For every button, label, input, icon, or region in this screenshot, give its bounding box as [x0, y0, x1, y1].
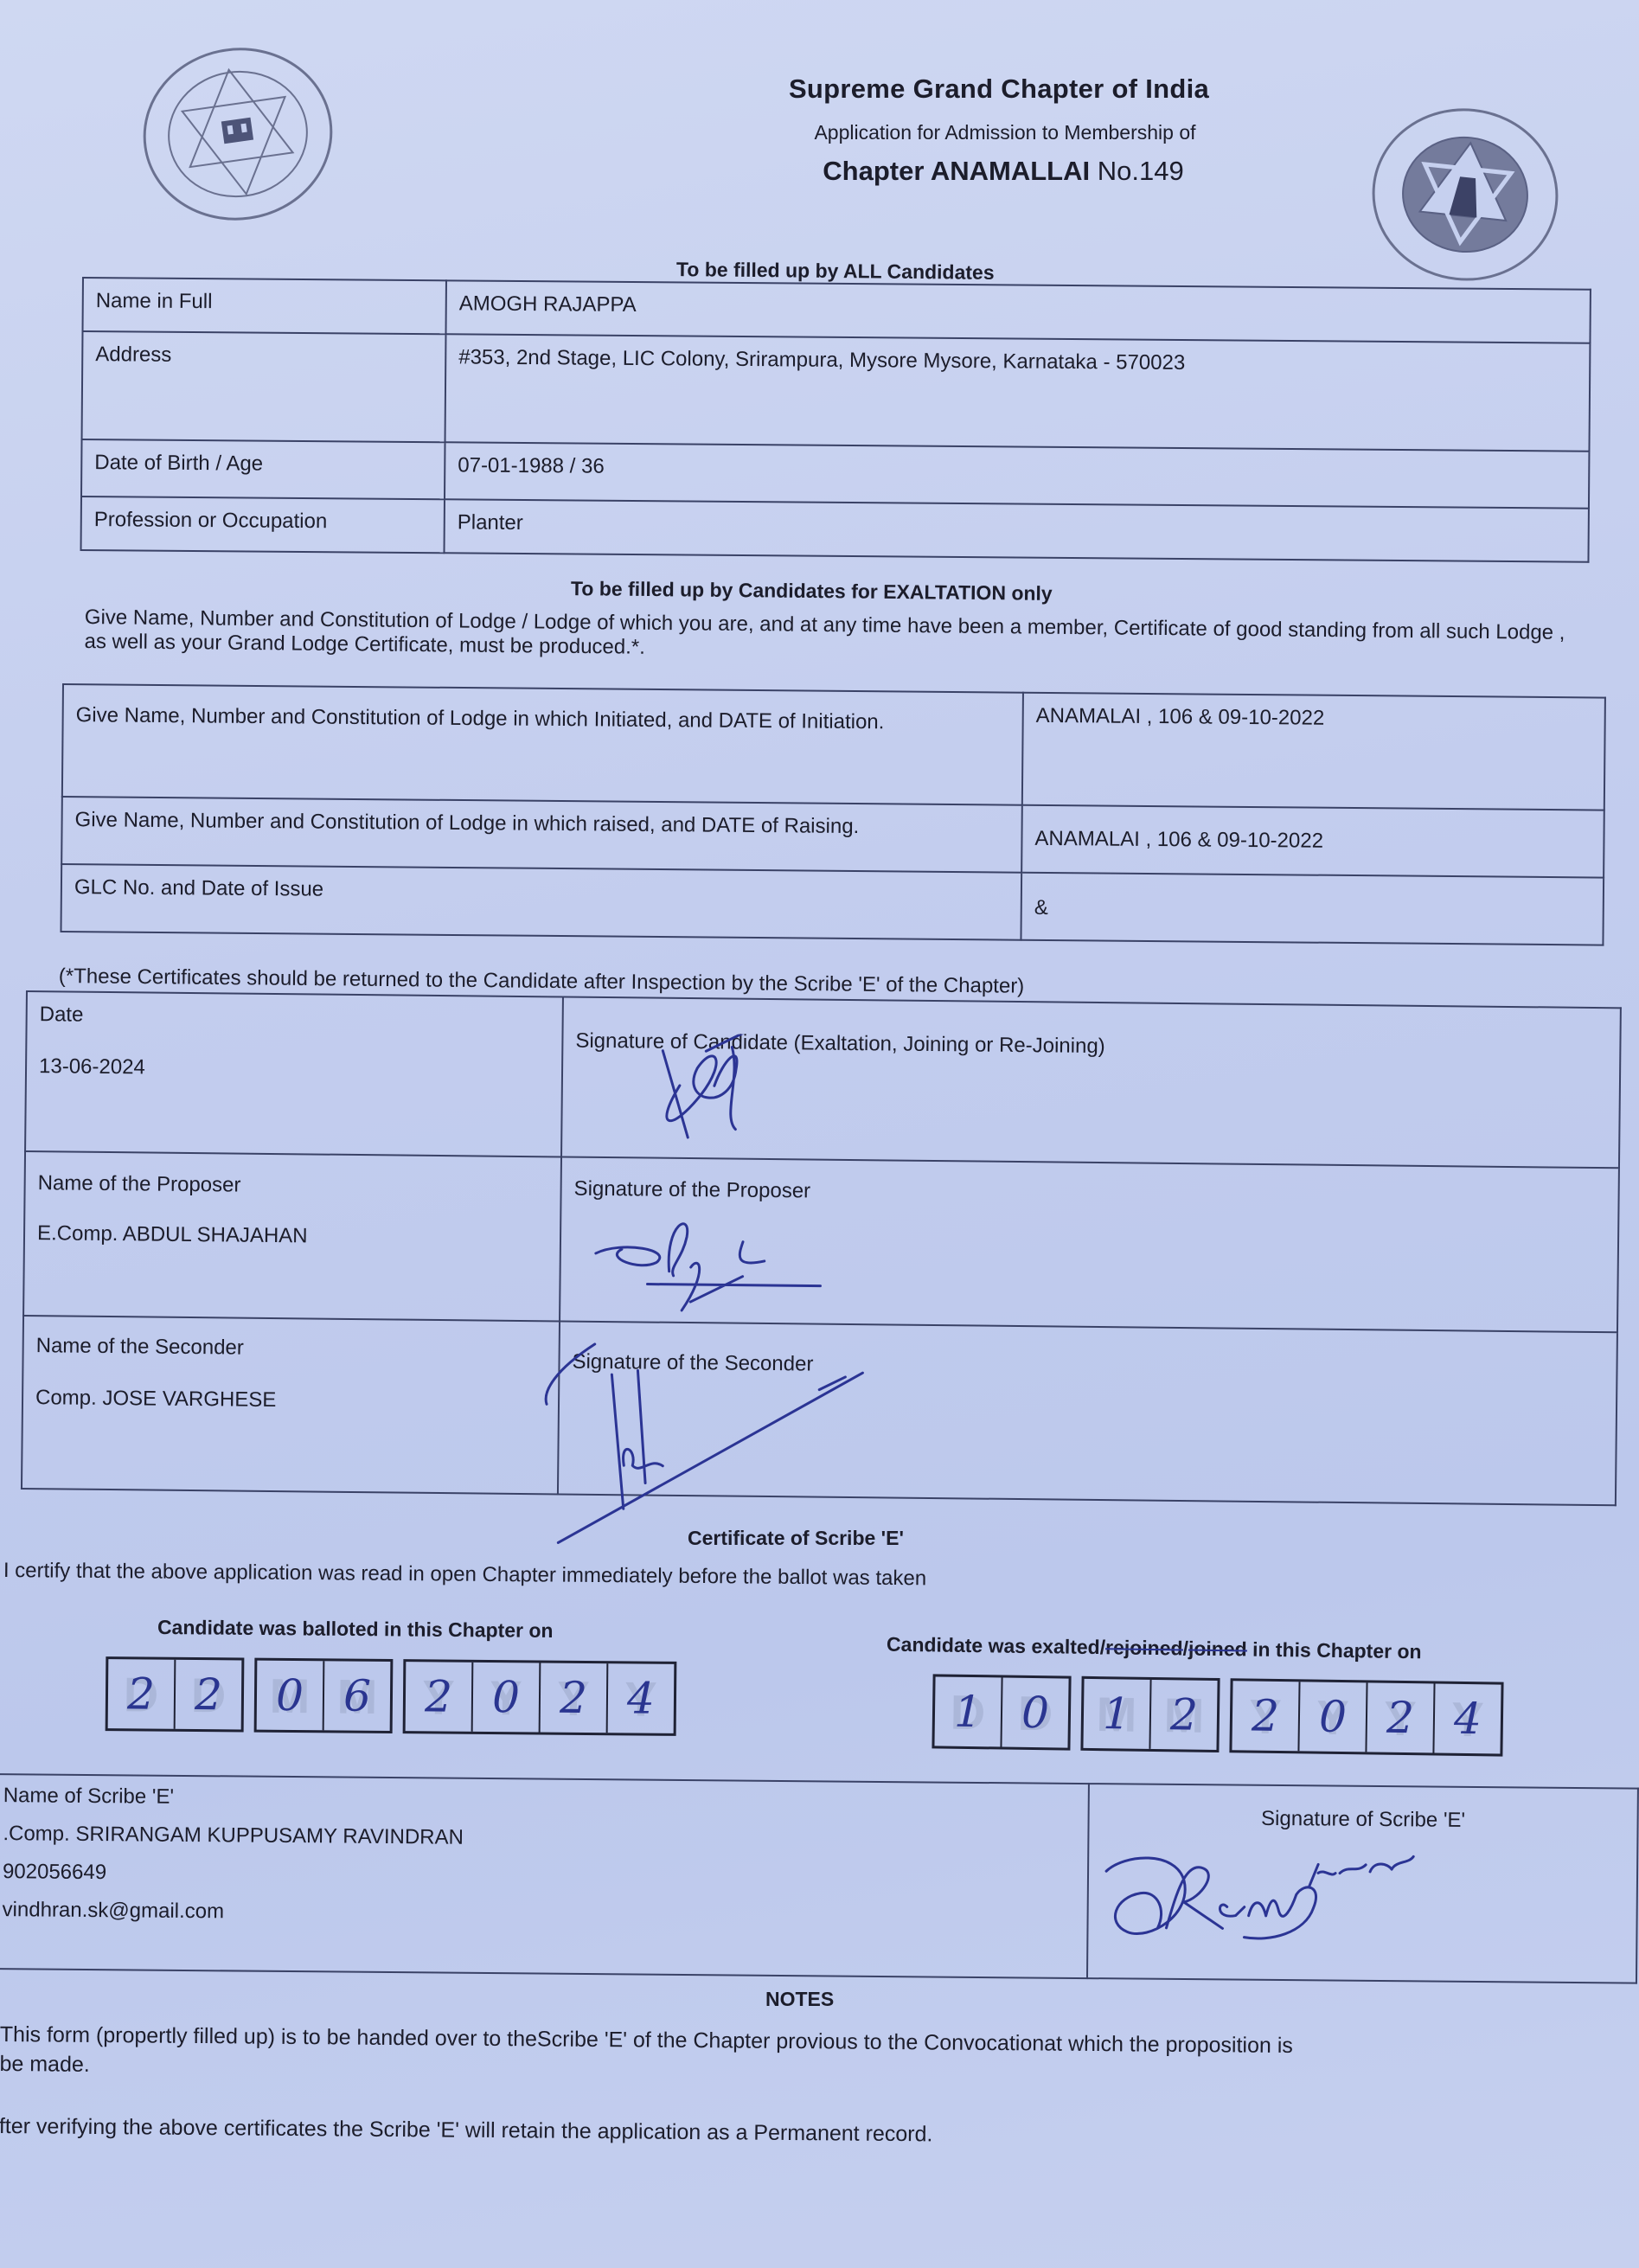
digit: 2 — [1386, 1693, 1415, 1743]
digit: 2 — [1170, 1689, 1199, 1739]
chapter-name: Chapter ANAMALLAI — [823, 156, 1090, 186]
field-label: Profession or Occupation — [81, 497, 445, 553]
seconder-signature-cell[interactable]: Signature of the Seconder — [558, 1321, 1617, 1505]
day-boxes: D2 D2 — [106, 1656, 245, 1732]
chapter-title: Chapter ANAMALLAI No.149 — [701, 156, 1306, 187]
seconder-label: Name of the Seconder — [36, 1334, 547, 1363]
regional-grand-chapter-seal-icon — [1360, 94, 1572, 295]
table-row: Name of Scribe 'E' .Comp. SRIRANGAM KUPP… — [0, 1774, 1638, 1983]
month-boxes: M0 M6 — [254, 1658, 394, 1733]
digit: 2 — [425, 1671, 452, 1721]
proposer-label: Name of the Proposer — [38, 1171, 548, 1201]
all-candidates-heading: To be filled up by ALL Candidates — [676, 258, 995, 285]
application-form: Supreme Grand Chapter of India Applicati… — [0, 0, 1639, 2268]
date-cell: Date 13-06-2024 — [25, 991, 563, 1156]
field-label: Date of Birth / Age — [81, 439, 445, 499]
note-item: fter verifying the above certificates th… — [0, 2111, 1638, 2156]
notes-list: This form (propertly filled up) is to be… — [0, 2020, 1639, 2156]
digit: 0 — [276, 1670, 304, 1720]
digit: 4 — [1454, 1694, 1482, 1744]
chapter-number: No.149 — [1098, 156, 1184, 186]
scribe-details-table: Name of Scribe 'E' .Comp. SRIRANGAM KUPP… — [0, 1773, 1639, 1984]
scribe-signature-icon — [1097, 1845, 1461, 1961]
field-label: GLC No. and Date of Issue — [61, 864, 1021, 940]
table-row: Name of the Seconder Comp. JOSE VARGHESE… — [22, 1316, 1617, 1505]
seconder-name[interactable]: Comp. JOSE VARGHESE — [35, 1386, 546, 1415]
scribe-email[interactable]: vindhran.sk@gmail.com — [2, 1891, 1074, 1938]
royal-arch-seal-icon — [127, 30, 349, 238]
candidate-signature-cell[interactable]: Signature of Candidate (Exaltation, Join… — [561, 997, 1621, 1169]
digit: 0 — [492, 1672, 520, 1722]
digit: 4 — [627, 1673, 655, 1723]
digit: 2 — [127, 1669, 155, 1719]
field-label: Give Name, Number and Constitution of Lo… — [62, 684, 1023, 805]
digit: 2 — [1252, 1691, 1280, 1741]
digit: 1 — [1103, 1688, 1131, 1739]
field-value-name[interactable]: AMOGH RAJAPPA — [445, 280, 1590, 343]
digit: 1 — [954, 1687, 983, 1737]
proposer-name[interactable]: E.Comp. ABDUL SHAJAHAN — [37, 1221, 547, 1251]
digit: 2 — [195, 1669, 222, 1720]
field-value-occupation[interactable]: Planter — [445, 499, 1589, 561]
year-boxes: Y2 Y0 Y2 Y4 — [403, 1659, 677, 1736]
field-label: Name in Full — [83, 278, 446, 334]
digit: 2 — [560, 1673, 587, 1723]
field-label: Address — [82, 331, 446, 442]
table-row: Give Name, Number and Constitution of Lo… — [62, 684, 1605, 810]
field-value-raising[interactable]: ANAMALAI , 106 & 09-10-2022 — [1021, 805, 1604, 878]
exaltation-heading: To be filled up by Candidates for EXALTA… — [571, 577, 1053, 605]
exalted-date-boxes[interactable]: D1 D0 M1 M2 Y2 Y0 Y2 Y4 — [932, 1674, 1503, 1756]
digit: 0 — [1021, 1688, 1050, 1738]
candidate-signature-icon — [653, 1034, 775, 1147]
digit: 6 — [343, 1671, 371, 1721]
month-boxes: M1 M2 — [1080, 1676, 1220, 1752]
table-row: Name of the Proposer E.Comp. ABDUL SHAJA… — [23, 1151, 1619, 1332]
table-row: Profession or Occupation Planter — [81, 497, 1589, 562]
field-value-initiation[interactable]: ANAMALAI , 106 & 09-10-2022 — [1022, 693, 1605, 810]
struck-rejoined: rejoined — [1105, 1636, 1183, 1659]
seconder-cell: Name of the Seconder Comp. JOSE VARGHESE — [22, 1316, 560, 1494]
scribe-certificate-statement: I certify that the above application was… — [3, 1559, 927, 1591]
field-value-address[interactable]: #353, 2nd Stage, LIC Colony, Srirampura,… — [445, 334, 1591, 451]
exalted-label: Candidate was exalted/rejoined/joined in… — [887, 1633, 1422, 1664]
balloted-date-boxes[interactable]: D2 D2 M0 M6 Y2 Y0 Y2 Y4 — [106, 1656, 677, 1736]
field-label: Give Name, Number and Constitution of Lo… — [61, 797, 1022, 873]
date-value[interactable]: 13-06-2024 — [39, 1054, 549, 1084]
org-title: Supreme Grand Chapter of India — [696, 74, 1302, 105]
form-subtitle: Application for Admission to Membership … — [702, 121, 1308, 144]
exaltation-instruction: Give Name, Number and Constitution of Lo… — [84, 605, 1580, 670]
field-value-glc[interactable]: & — [1021, 873, 1604, 945]
proposer-signature-cell[interactable]: Signature of the Proposer — [560, 1156, 1619, 1332]
candidate-details-table: Name in Full AMOGH RAJAPPA Address #353,… — [80, 277, 1591, 563]
table-row: Date 13-06-2024 Signature of Candidate (… — [25, 991, 1621, 1168]
lodge-details-table: Give Name, Number and Constitution of Lo… — [60, 683, 1605, 946]
digit: 0 — [1319, 1692, 1348, 1742]
scribe-sig-label: Signature of Scribe 'E' — [1101, 1805, 1624, 1834]
date-label: Date — [40, 1003, 550, 1032]
signatures-table: Date 13-06-2024 Signature of Candidate (… — [21, 990, 1622, 1506]
notes-heading: NOTES — [765, 1988, 834, 2011]
day-boxes: D1 D0 — [932, 1674, 1071, 1750]
table-row: GLC No. and Date of Issue & — [61, 864, 1604, 945]
table-row: Address #353, 2nd Stage, LIC Colony, Sri… — [82, 331, 1591, 452]
proposer-cell: Name of the Proposer E.Comp. ABDUL SHAJA… — [23, 1151, 561, 1321]
field-value-dob-age[interactable]: 07-01-1988 / 36 — [445, 442, 1589, 508]
proposer-signature-icon — [586, 1206, 829, 1321]
scribe-certificate-heading: Certificate of Scribe 'E' — [688, 1527, 904, 1550]
year-boxes: Y2 Y0 Y2 Y4 — [1229, 1678, 1503, 1756]
struck-joined: joined — [1188, 1637, 1247, 1661]
balloted-label: Candidate was balloted in this Chapter o… — [157, 1616, 554, 1643]
scribe-signature-cell[interactable]: Signature of Scribe 'E' — [1087, 1784, 1638, 1983]
scribe-name-cell: Name of Scribe 'E' .Comp. SRIRANGAM KUPP… — [0, 1774, 1089, 1978]
